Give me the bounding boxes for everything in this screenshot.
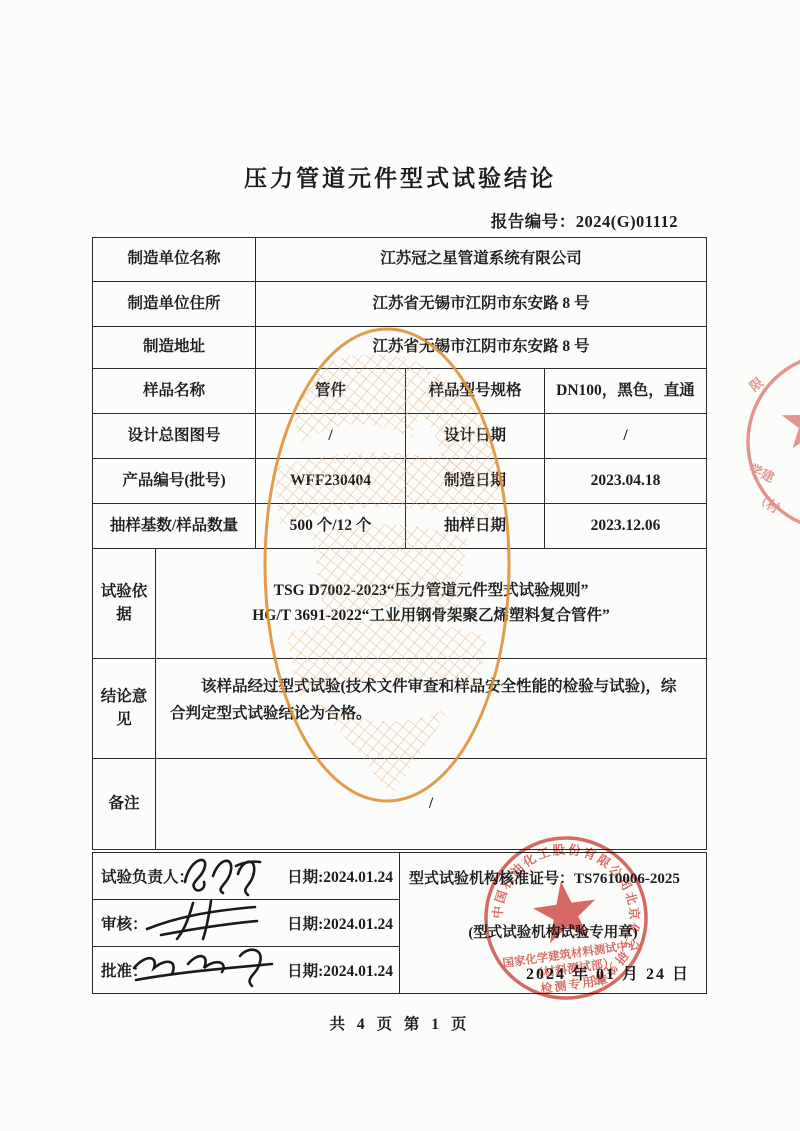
report-number-label: 报告编号： <box>491 212 576 231</box>
field-label: 结论意见 <box>93 659 156 758</box>
field-value: 500 个/12 个 <box>256 504 406 548</box>
edge-seal-frag1: 限 <box>747 375 766 395</box>
field-label: 样品型号规格 <box>406 369 545 413</box>
signoff-table: 试验负责人： 日期:2024.01.24 审核： 日期:2024.01.24 批… <box>92 852 707 994</box>
field-label: 设计日期 <box>406 414 545 458</box>
field-value: DN100，黑色，直通 <box>545 369 706 413</box>
signoff-left-column: 试验负责人： 日期:2024.01.24 审核： 日期:2024.01.24 批… <box>93 853 399 993</box>
field-label: 样品名称 <box>93 369 256 413</box>
field-value: 江苏省无锡市江阴市东安路 8 号 <box>256 282 706 326</box>
table-row: 制造地址 江苏省无锡市江阴市东安路 8 号 <box>93 327 706 369</box>
conclusion-text: 该样品经过型式试验(技术文件审查和样品安全性能的检验与试验)，综合判定型式试验结… <box>170 673 690 727</box>
seal-note: (型式试验机构试验专用章) <box>400 921 706 942</box>
table-row: 产品编号(批号) WFF230404 制造日期 2023.04.18 <box>93 459 706 504</box>
field-label: 抽样基数/样品数量 <box>93 504 256 548</box>
field-label: 制造日期 <box>406 459 545 503</box>
table-row: 抽样基数/样品数量 500 个/12 个 抽样日期 2023.12.06 <box>93 504 706 549</box>
field-value: TSG D7002-2023“压力管道元件型式试验规则” HG/T 3691-2… <box>156 549 706 658</box>
table-row-conclusion: 结论意见 该样品经过型式试验(技术文件审查和样品安全性能的检验与试验)，综合判定… <box>93 659 706 759</box>
field-label: 制造单位名称 <box>93 238 256 281</box>
field-label: 试验依据 <box>93 549 156 658</box>
signoff-row-tester: 试验负责人： 日期:2024.01.24 <box>93 853 399 900</box>
table-row: 设计总图图号 / 设计日期 / <box>93 414 706 459</box>
signoff-label: 审核： <box>101 912 148 934</box>
field-value: / <box>545 414 706 458</box>
basis-line: HG/T 3691-2022“工业用钢骨架聚乙烯塑料复合管件” <box>252 605 610 627</box>
field-label: 设计总图图号 <box>93 414 256 458</box>
signoff-label: 试验负责人： <box>101 865 194 887</box>
field-value: 江苏省无锡市江阴市东安路 8 号 <box>256 327 706 368</box>
basis-line: TSG D7002-2023“压力管道元件型式试验规则” <box>274 580 589 602</box>
seal-date: 2024 年 01 月 24 日 <box>526 961 690 984</box>
table-row: 制造单位名称 江苏冠之星管道系统有限公司 <box>93 238 706 282</box>
field-value: 该样品经过型式试验(技术文件审查和样品安全性能的检验与试验)，综合判定型式试验结… <box>156 659 706 758</box>
field-value: 2023.12.06 <box>545 504 706 548</box>
report-number-value: 2024(G)01112 <box>576 212 678 231</box>
cert-number-line: 型式试验机构核准证号：TS7610006-2025 <box>409 867 680 888</box>
signoff-label: 批准： <box>101 959 148 981</box>
table-row: 制造单位住所 江苏省无锡市江阴市东安路 8 号 <box>93 282 706 327</box>
table-row: 样品名称 管件 样品型号规格 DN100，黑色，直通 <box>93 369 706 414</box>
field-label: 制造地址 <box>93 327 256 368</box>
cert-number-value: TS7610006-2025 <box>574 871 680 887</box>
signoff-row-reviewer: 审核： 日期:2024.01.24 <box>93 900 399 947</box>
page-title: 压力管道元件型式试验结论 <box>0 160 800 193</box>
field-label: 抽样日期 <box>406 504 545 548</box>
field-label: 制造单位住所 <box>93 282 256 326</box>
signoff-date: 日期:2024.01.24 <box>287 959 393 981</box>
table-row-remark: 备注 / <box>93 759 706 849</box>
edge-partial-seal-stamp: 限 学建 （材 <box>740 340 800 540</box>
edge-seal-frag2: 学建 <box>747 461 777 485</box>
page-footer: 共 4 页 第 1 页 <box>0 1012 800 1034</box>
signoff-date: 日期:2024.01.24 <box>287 865 393 887</box>
field-value: / <box>156 759 706 849</box>
field-value: 2023.04.18 <box>545 459 706 503</box>
field-label: 备注 <box>93 759 156 849</box>
document-page: 压力管道元件型式试验结论 报告编号：2024(G)01112 制造单位名称 江苏… <box>0 0 800 1131</box>
main-table: 制造单位名称 江苏冠之星管道系统有限公司 制造单位住所 江苏省无锡市江阴市东安路… <box>92 237 707 850</box>
field-label: 产品编号(批号) <box>93 459 256 503</box>
signoff-row-approver: 批准： 日期:2024.01.24 <box>93 947 399 993</box>
field-value: 江苏冠之星管道系统有限公司 <box>256 238 706 281</box>
edge-seal-frag3: （材 <box>752 490 782 517</box>
signoff-right-cell: 型式试验机构核准证号：TS7610006-2025 (型式试验机构试验专用章) … <box>399 853 706 993</box>
field-value: 管件 <box>256 369 406 413</box>
signoff-date: 日期:2024.01.24 <box>287 912 393 934</box>
table-row-test-basis: 试验依据 TSG D7002-2023“压力管道元件型式试验规则” HG/T 3… <box>93 549 706 659</box>
field-value: WFF230404 <box>256 459 406 503</box>
edge-seal-star-icon <box>782 395 800 449</box>
field-value: / <box>256 414 406 458</box>
cert-number-label: 型式试验机构核准证号： <box>409 871 574 887</box>
report-number: 报告编号：2024(G)01112 <box>491 208 678 232</box>
